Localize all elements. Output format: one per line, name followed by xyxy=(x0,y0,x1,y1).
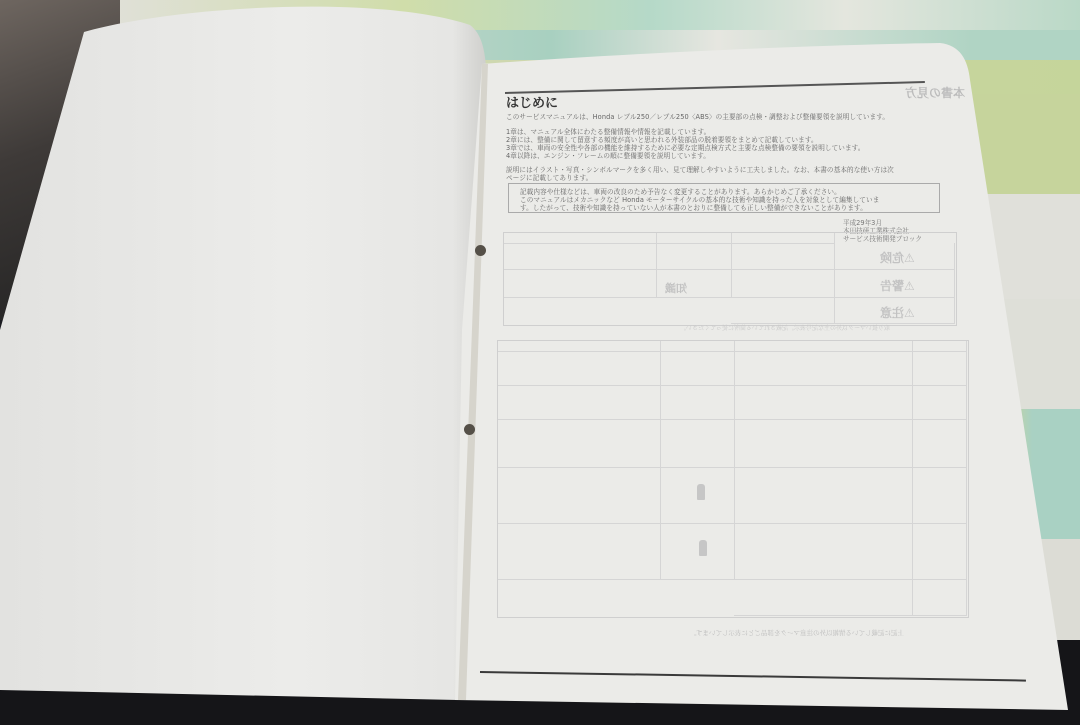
chapter-line: 4章以降は、エンジン・フレームの順に整備要領を説明しています。 xyxy=(506,150,710,160)
intro-text: このサービスマニュアルは、Honda レブル250／レブル250〈ABS〉の主要… xyxy=(506,111,889,121)
binding-hole xyxy=(464,424,475,435)
caption-top: 取り扱いマーク以外の主な記号表示。記載されている箇所に従ってください。 xyxy=(680,323,890,332)
bottle-icon xyxy=(699,540,707,556)
warning-danger: ⚠危険 xyxy=(880,249,915,266)
caption-bottom: 上記に記載している情報以外の注意マークを部品ごとに表示しています。 xyxy=(690,628,904,637)
usage-line: ページに記載してあります。 xyxy=(506,172,592,182)
warning-notice: ⚠注意 xyxy=(880,304,915,321)
knowledge-mark: 知識 xyxy=(665,280,687,296)
page-title: はじめに xyxy=(506,92,558,111)
mirrored-heading: 本書の見方 xyxy=(905,84,965,101)
bottle-icon xyxy=(697,484,705,500)
warning-caution: ⚠警告 xyxy=(880,277,915,294)
binding-hole xyxy=(475,245,486,256)
mark-table-bleedthrough xyxy=(497,340,969,618)
notice-line: す。したがって、技術や知識を持っていない人が本書のとおりに整備しても正しい整備が… xyxy=(520,202,867,212)
